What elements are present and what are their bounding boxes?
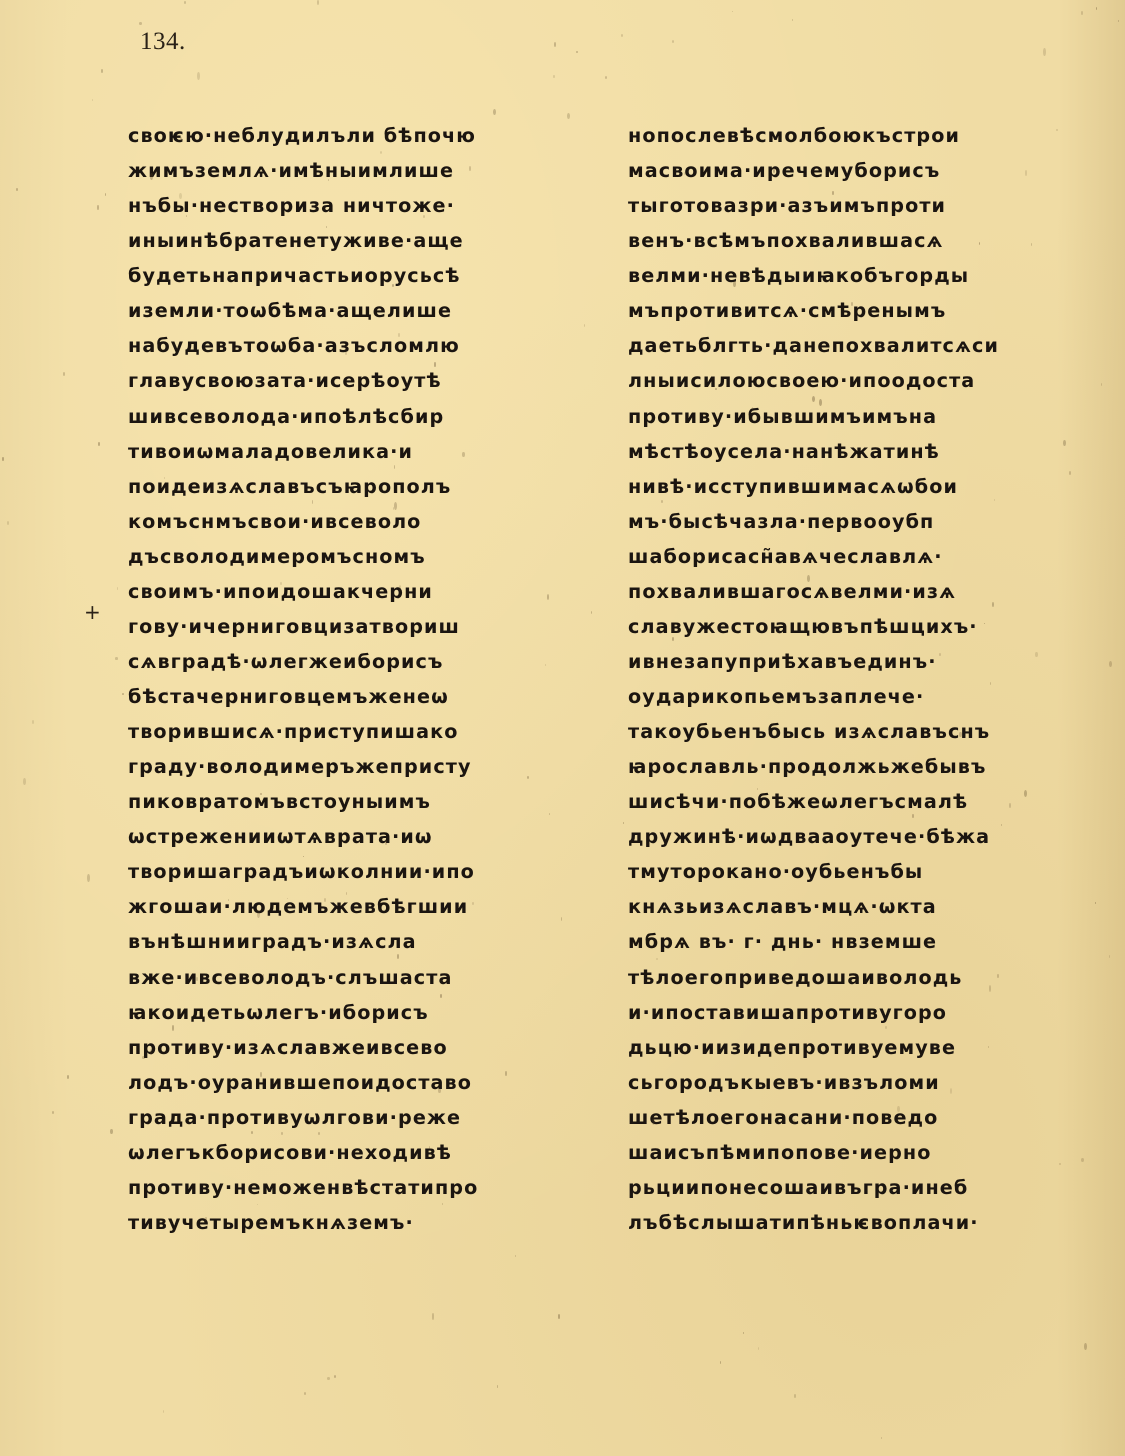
paper-fleck <box>812 396 815 402</box>
paper-fleck <box>505 1071 507 1076</box>
paper-fleck <box>97 205 99 210</box>
paper-fleck <box>2 457 4 461</box>
manuscript-line: гову·ичерниговцизатвориш <box>128 609 590 644</box>
manuscript-line: своимъ·ипоидошакчерни <box>128 574 590 609</box>
manuscript-line: дъсволодимеромъсномъ <box>128 539 590 574</box>
paper-fleck <box>1035 652 1038 657</box>
paper-fleck <box>807 575 810 582</box>
paper-fleck <box>553 75 555 78</box>
paper-fleck <box>792 19 793 21</box>
paper-fleck <box>472 902 474 905</box>
paper-fleck <box>684 172 686 175</box>
manuscript-line: и·ипоставишапротивугоро <box>628 995 1090 1030</box>
paper-fleck <box>115 657 118 660</box>
paper-fleck <box>567 113 570 119</box>
paper-fleck <box>150 173 153 180</box>
paper-fleck <box>1069 471 1071 475</box>
paper-fleck <box>743 1332 744 1334</box>
paper-fleck <box>7 521 9 525</box>
paper-fleck <box>423 215 425 218</box>
manuscript-line: иныинѣбратенетуживе·аще <box>128 223 590 258</box>
manuscript-line: шетѣлоегонасани·поведо <box>628 1100 1090 1135</box>
paper-fleck <box>881 1437 882 1439</box>
paper-fleck <box>1109 955 1110 958</box>
paper-fleck <box>179 193 182 199</box>
manuscript-line: граду·володимеръжепристу <box>128 749 590 784</box>
manuscript-line: будетьнапричастьиорусьсѣ <box>128 258 590 293</box>
paper-fleck <box>67 1075 69 1079</box>
manuscript-line: такоубьенъбысь изѧславъснъ <box>628 714 1090 749</box>
manuscript-line: похвалившагосѧвелми·изѧ <box>628 574 1090 609</box>
manuscript-line: дружинѣ·иѡдвааоутече·бѣжа <box>628 819 1090 854</box>
manuscript-line: ѡлегъкборисови·неходивѣ <box>128 1135 590 1170</box>
paper-fleck <box>52 1111 54 1114</box>
manuscript-line: лъбѣслышатипѣньѥвоплачи· <box>628 1205 1090 1240</box>
paper-fleck <box>140 1150 143 1154</box>
manuscript-line: тѣлоегоприведошаиволодь <box>628 960 1090 995</box>
paper-fleck <box>122 693 124 695</box>
paper-fleck <box>672 40 674 43</box>
paper-fleck <box>497 1385 498 1388</box>
paper-fleck <box>832 191 834 195</box>
manuscript-line: мъ·бысѣчазла·первооубп <box>628 504 1090 539</box>
paper-fleck <box>142 1056 145 1059</box>
paper-fleck <box>661 500 663 503</box>
manuscript-line: сьгородъкыевъ·ивзъломи <box>628 1065 1090 1100</box>
paper-fleck <box>558 1314 560 1319</box>
manuscript-line: творившисѧ·приступишако <box>128 714 590 749</box>
paper-fleck <box>184 1 186 4</box>
paper-fleck <box>257 910 260 918</box>
manuscript-line: сѧвградѣ·ѡлегжеиборисъ <box>128 644 590 679</box>
paper-fleck <box>260 1072 262 1077</box>
paper-fleck <box>1043 48 1046 56</box>
paper-fleck <box>819 399 822 406</box>
paper-fleck <box>438 1088 441 1093</box>
paper-fleck <box>621 34 623 37</box>
paper-fleck <box>260 793 262 795</box>
paper-fleck <box>992 602 994 607</box>
paper-fleck <box>317 0 319 5</box>
manuscript-line: кнѧзьизѧславъ·мцѧ·ѡкта <box>628 889 1090 924</box>
paper-fleck <box>139 22 142 25</box>
paper-fleck <box>1101 383 1102 386</box>
paper-fleck <box>16 188 18 191</box>
manuscript-line: ивнезапуприѣхавъединъ· <box>628 644 1090 679</box>
paper-fleck <box>979 242 980 245</box>
manuscript-line: тыготовазри·азъимъпроти <box>628 188 1090 223</box>
manuscript-line: шаисъпѣмипопове·иерно <box>628 1135 1090 1170</box>
manuscript-line: мбрѧ въ· г· днь· Нвземше <box>628 924 1090 959</box>
manuscript-line: града·противуѡлгови·реже <box>128 1100 590 1135</box>
manuscript-line: оударикопьемъзаплече· <box>628 679 1090 714</box>
paper-fleck <box>720 1361 721 1364</box>
manuscript-line: пиковратомъвстоуныимъ <box>128 784 590 819</box>
paper-fleck <box>346 892 347 895</box>
manuscript-line: тмуторокано·оубьенъбы <box>628 854 1090 889</box>
manuscript-line: шисѣчи·побѣжеѡлегъсмалѣ <box>628 784 1090 819</box>
paper-fleck <box>576 51 578 53</box>
manuscript-line: главусвоюзата·исерѣоутѣ <box>128 363 590 398</box>
paper-fleck <box>32 720 34 724</box>
paper-fleck <box>897 1106 900 1112</box>
page-number: 134. <box>140 28 186 56</box>
paper-fleck <box>197 72 200 80</box>
paper-fleck <box>1024 790 1027 797</box>
paper-fleck <box>23 778 26 785</box>
manuscript-line: вънѣшнииградъ·изѧсла <box>128 924 590 959</box>
paper-fleck <box>224 765 226 767</box>
manuscript-line: бѣстачерниговцемъженеѡ <box>128 679 590 714</box>
paper-fleck <box>1084 1343 1087 1350</box>
paper-fleck <box>959 732 962 737</box>
paper-fleck <box>733 281 736 287</box>
manuscript-line: иземли·тоѡбѣма·ащелише <box>128 293 590 328</box>
margin-cross-mark: + <box>84 600 101 624</box>
paper-fleck <box>732 11 733 12</box>
manuscript-line: противу·неможенвѣстатипро <box>128 1170 590 1205</box>
paper-fleck <box>715 388 717 390</box>
paper-fleck <box>939 653 941 656</box>
paper-fleck <box>1096 7 1097 10</box>
paper-fleck <box>425 131 427 134</box>
manuscript-line: велми·невѣдыиꙗкобъгорды <box>628 258 1090 293</box>
paper-fleck <box>63 372 65 376</box>
manuscript-line: противу·изѧславжеивсево <box>128 1030 590 1065</box>
paper-fleck <box>385 840 387 845</box>
manuscript-line: нивѣ·исступившимасѧѡбои <box>628 469 1090 504</box>
paper-fleck <box>912 814 914 818</box>
paper-fleck <box>163 1410 164 1413</box>
manuscript-line: ѡстреженииѡтѧврата·иѡ <box>128 819 590 854</box>
manuscript-line: мъпротивитсѧ·смѣренымъ <box>628 293 1090 328</box>
paper-fleck <box>672 637 674 641</box>
paper-fleck <box>180 137 182 141</box>
manuscript-line: масвоима·иречемуборисъ <box>628 153 1090 188</box>
manuscript-line: тивучетыремъкнѧземъ· <box>128 1205 590 1240</box>
paper-fleck <box>997 974 999 978</box>
paper-fleck <box>394 502 397 510</box>
manuscript-line: комъснмъсвои·ивсеволо <box>128 504 590 539</box>
paper-fleck <box>105 193 106 196</box>
manuscript-line: мѣстѣоусела·нанѣжатинѣ <box>628 434 1090 469</box>
paper-fleck <box>1118 20 1119 22</box>
paper-fleck <box>493 109 496 115</box>
left-text-column: своѥю·неблудилъли бѣпочюжимъземлѧ·имѣныи… <box>128 118 598 1240</box>
manuscript-line: шаборисасн̃авѧчеславлѧ· <box>628 539 1090 574</box>
paper-fleck <box>1063 440 1066 446</box>
manuscript-line: славужестоꙗщювъпѣшцихъ· <box>628 609 1090 644</box>
paper-fleck <box>851 302 853 306</box>
manuscript-line: нопослевѣсмолбоюкъстрои <box>628 118 1090 153</box>
paper-fleck <box>205 1217 207 1221</box>
paper-fleck <box>87 874 90 882</box>
manuscript-line: даетьблгть·данепохвалитсѧси <box>628 328 1090 363</box>
paper-fleck <box>92 99 93 101</box>
paper-fleck <box>832 764 834 769</box>
paper-fleck <box>432 1313 434 1320</box>
paper-fleck <box>101 69 103 73</box>
paper-fleck <box>327 1377 330 1380</box>
paper-fleck <box>1081 1158 1084 1162</box>
manuscript-line: противу·ибывшимъимънa <box>628 399 1090 434</box>
manuscript-line: набудевътоѡба·азъсломлю <box>128 328 590 363</box>
paper-fleck <box>1081 11 1083 15</box>
manuscript-line: венъ·всѣмъпохвалившасѧ <box>628 223 1090 258</box>
paper-fleck <box>398 333 400 337</box>
manuscript-line: жгошаи·людемъжевбѣгшии <box>128 889 590 924</box>
paper-fleck <box>547 594 549 600</box>
paper-fleck <box>794 1394 796 1398</box>
manuscript-line: ꙗрославль·продолжьжебывъ <box>628 749 1090 784</box>
manuscript-line: тивоиѡмаладовелика·и <box>128 434 590 469</box>
paper-fleck <box>334 1375 336 1378</box>
paper-fleck <box>758 1347 759 1350</box>
paper-fleck <box>652 1117 655 1125</box>
manuscript-line: ꙗкоидетьѡлегъ·иборисъ <box>128 995 590 1030</box>
paper-fleck <box>1056 129 1058 131</box>
paper-fleck <box>1059 1163 1061 1165</box>
paper-fleck <box>605 76 607 79</box>
manuscript-line: поидеизѧславъсъꙗрополъ <box>128 469 590 504</box>
paper-fleck <box>554 42 556 47</box>
manuscript-line: лныисилоюсвоею·ипоодоста <box>628 363 1090 398</box>
paper-fleck <box>304 1392 306 1395</box>
manuscript-line: лодъ·оуранившепоидоставо <box>128 1065 590 1100</box>
paper-fleck <box>434 362 436 367</box>
paper-fleck <box>98 442 100 446</box>
paper-fleck <box>196 977 198 981</box>
paper-fleck <box>1109 661 1112 667</box>
paper-fleck <box>623 822 624 824</box>
right-text-column: нопослевѣсмолбоюкъстроимасвоима·иречемуб… <box>628 118 1098 1240</box>
paper-fleck <box>1001 824 1002 826</box>
paper-fleck <box>515 1255 516 1257</box>
paper-fleck <box>110 1129 113 1134</box>
manuscript-line: нъбы·нествориза ничтоже· <box>128 188 590 223</box>
paper-fleck <box>462 452 465 457</box>
manuscript-line: творишаградъиѡколнии·ипо <box>128 854 590 889</box>
manuscript-line: дьцю·иизидепротивуемуве <box>628 1030 1090 1065</box>
paper-fleck <box>117 587 118 590</box>
manuscript-line: жимъземлѧ·имѣныимлише <box>128 153 590 188</box>
manuscript-line: шивсеволода·ипоѣлѣсбир <box>128 399 590 434</box>
manuscript-line: рьциипонесошаивъгра·инеб <box>628 1170 1090 1205</box>
manuscript-line: своѥю·неблудилъли бѣпочю <box>128 118 590 153</box>
